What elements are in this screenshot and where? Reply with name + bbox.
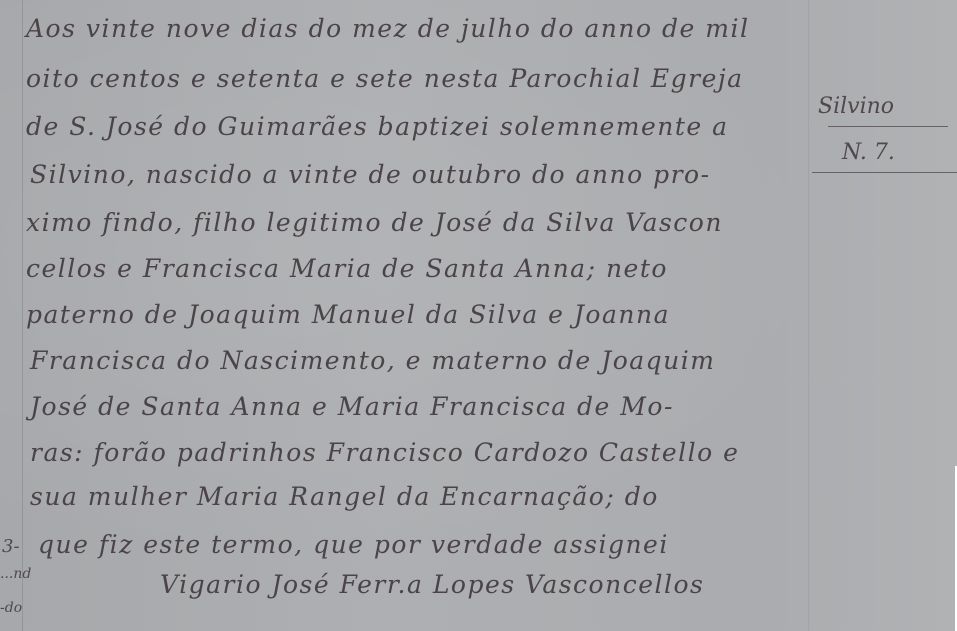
left-margin-rule [22, 0, 23, 631]
text-line-8: Francisca do Nascimento, e materno de Jo… [30, 346, 715, 375]
left-margin-fragment-1: ...nd [0, 566, 31, 582]
text-line-12: que fiz este termo, que por verdade assi… [38, 530, 669, 559]
text-line-3: de S. José do Guimarães baptizei solemne… [26, 112, 729, 141]
text-line-4: Silvino, nascido a vinte de outubro do a… [30, 160, 711, 189]
text-line-11: sua mulher Maria Rangel da Encarnação; d… [30, 482, 659, 511]
margin-number: N. 7. [842, 140, 895, 165]
text-line-9: José de Santa Anna e Maria Francisca de … [30, 392, 674, 421]
manuscript-page: Aos vinte nove dias do mez de julho do a… [0, 0, 957, 631]
left-margin-entry-mark: 3- [2, 536, 20, 557]
text-line-10: ras: forão padrinhos Francisco Cardozo C… [30, 438, 739, 467]
text-line-6: cellos e Francisca Maria de Santa Anna; … [26, 254, 668, 283]
text-line-2: oito centos e setenta e sete nesta Paroc… [26, 64, 744, 93]
right-margin-rule [808, 0, 809, 631]
margin-name: Silvino [818, 94, 894, 119]
signature-line: Vigario José Ferr.a Lopes Vasconcellos [160, 570, 704, 599]
text-line-5: ximo findo, filho legitimo de José da Si… [26, 208, 723, 237]
left-margin-fragment-2: -do [0, 600, 22, 616]
margin-number-underline [812, 172, 957, 173]
text-line-1: Aos vinte nove dias do mez de julho do a… [26, 14, 749, 43]
text-line-7: paterno de Joaquim Manuel da Silva e Joa… [26, 300, 670, 329]
margin-name-underline [828, 126, 948, 127]
